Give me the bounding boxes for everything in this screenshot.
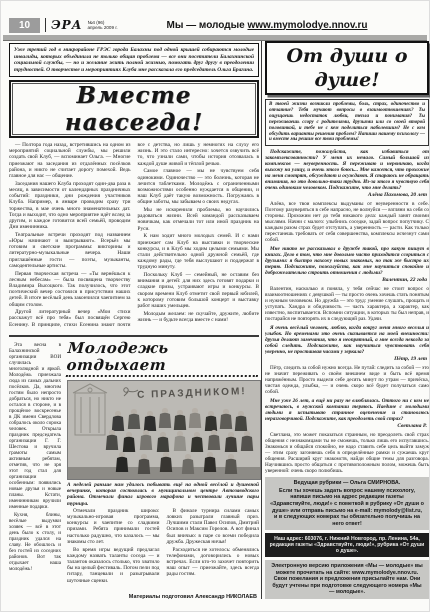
paragraph: К нам ходит много молодых семей. И с нам…: [138, 233, 260, 270]
column-soul-intro: В твоей жизни возникли проблемы, боль, с…: [265, 99, 429, 146]
column-soul: От души о душе! В твоей жизни возникли п…: [265, 41, 429, 599]
paragraph: Валентин, насколько я поняла, у тебя сей…: [265, 286, 429, 322]
paragraph: Самое главное — мы не чувствуем себя оди…: [138, 168, 260, 205]
article-leisure-main: Молодежь отдыхает: [67, 340, 259, 600]
masthead-logo: ЭРА: [51, 18, 82, 32]
supplement-title: Мы — молодые www.mymolodye.nnov.ru: [139, 20, 395, 31]
issue-info: №4 (96) апрель 2009 г.: [87, 20, 117, 30]
reader-letter: Подскажите, пожалуйста, как избавиться о…: [265, 149, 429, 198]
letter-signature: Пётр, 19 лет: [265, 356, 427, 362]
paragraph: Отмечали праздник широко: музыкально-игр…: [67, 508, 160, 545]
photo-people-middle-row: [106, 430, 253, 452]
site-url: www.mymolodye.nnov.ru: [247, 20, 367, 31]
editor-name: Ведущая рубрики — Ольга СМИРНОВА.: [270, 480, 424, 487]
article-leisure: Эта весна в Балахнинской организации ВОИ…: [9, 340, 259, 600]
paragraph: В финале турнира силами самых ловких раз…: [167, 508, 260, 545]
editor-box: Ведущая рубрики — Ольга СМИРНОВА. Если т…: [265, 477, 429, 530]
letters-and-replies: Подскажите, пожалуйста, как избавиться о…: [265, 149, 429, 474]
vertical-divider: [261, 41, 262, 599]
supplement-name: Мы — молодые: [167, 20, 245, 31]
address-line-2: редакция газеты «Здравствуйте, люди!», р…: [269, 542, 425, 554]
article-together-headline: Вместе навсегда!: [9, 80, 259, 138]
horizontal-divider: [9, 335, 259, 337]
article-leisure-lead: А неделей раньше нам удалось побывать ещ…: [67, 482, 259, 507]
reader-letter: Я очень весёлый человек, люблю, когда во…: [265, 325, 429, 362]
editor-instructions: Если ты хочешь задать вопрос нашему псих…: [270, 488, 424, 528]
paragraph: Во время игры ведущий предлагал каждому …: [67, 547, 160, 584]
photo-people-back-row: [112, 408, 247, 431]
reader-letter: Мне уже 26 лет, а ещё ни разу не влюблял…: [265, 398, 429, 429]
paragraph: Поскольку Клуб — семейный, не оставим бе…: [138, 272, 260, 309]
paragraph: Пётр, следить за собой нужно всегда. Не …: [265, 365, 429, 395]
address-box: Наш адрес: 603076, г. Нижний Новгород, п…: [265, 533, 429, 557]
paragraph: Кухня, блины, весёлые выдумки хозяек — в…: [9, 512, 61, 572]
reader-letter: Мне никто не рассказывал о дружбе такой,…: [265, 246, 429, 283]
psychologist-reply: Пётр, следить за собой нужно всегда. Не …: [265, 365, 429, 395]
paragraph: Мне уже 26 лет, а ещё ни разу не влюблял…: [265, 398, 429, 422]
paragraph: Мне никто не рассказывал о дружбе такой,…: [265, 246, 429, 276]
article-leisure-side-column: Эта весна в Балахнинской организации ВОИ…: [9, 342, 61, 598]
article-leisure-body: Отмечали праздник широко: музыкально-игр…: [67, 508, 259, 593]
paragraph: Молодым желаем: не скучайте, дружите, лю…: [138, 311, 260, 323]
letter-signature: Светлана Р.: [265, 423, 427, 429]
article-together-body: — Полтора года назад, встретившись на од…: [9, 142, 259, 335]
article-together: Уже третий год в микрорайоне ГРЭС города…: [9, 43, 259, 335]
psychologist-reply: Валентин, насколько я поняла, у тебя сей…: [265, 286, 429, 322]
paragraph: Алёна, все твои комплексы выдуманы от не…: [265, 201, 429, 243]
psychologist-reply: Алёна, все твои комплексы выдуманы от не…: [265, 201, 429, 243]
page-header: 10 ЭРА №4 (96) апрель 2009 г. Мы — молод…: [9, 16, 425, 34]
paragraph: Мы не искоренили проблемы, но научились …: [138, 207, 260, 232]
header-divider: [45, 18, 46, 32]
site-box: Электронную версию приложения «Мы — моло…: [265, 560, 429, 599]
psychologist-reply: Светлана, это может показаться странным,…: [265, 432, 429, 474]
paragraph: Светлана, это может показаться странным,…: [265, 432, 429, 474]
letter-signature: Валентин, 22 года: [265, 277, 427, 283]
paragraph: Подскажите, пожалуйста, как избавиться о…: [265, 149, 429, 191]
article-leisure-signature: Материалы подготовил Александр НИКОЛАЕВ: [67, 593, 259, 600]
paragraph: Первая творческая встреча — «Ты вернёшьс…: [9, 271, 131, 308]
newspaper-page: 10 ЭРА №4 (96) апрель 2009 г. Мы — молод…: [0, 0, 430, 612]
column-soul-headline: От души о душе!: [265, 41, 429, 95]
article-leisure-headline: Молодежь отдыхает: [66, 340, 261, 377]
article-together-intro: Уже третий год в микрорайоне ГРЭС города…: [9, 43, 259, 77]
paragraph: Заседания нашего Клуба проходят один-два…: [9, 181, 131, 231]
paragraph: Театральные встречи проходят под названи…: [9, 232, 131, 269]
issue-date: апрель 2009 г.: [87, 25, 117, 30]
page-number: 10: [9, 18, 40, 33]
paragraph: Эта весна в Балахнинской организации ВОИ…: [9, 342, 61, 510]
paragraph: — Полтора года назад, встретившись на од…: [9, 142, 131, 179]
group-photo: С ПРАЗДНИКОМ!: [67, 380, 261, 480]
paragraph: Расходиться не хотелось: обменялись теле…: [167, 547, 260, 578]
letter-signature: Алёна Пахомова, 20 лет: [265, 192, 427, 198]
paragraph: Я очень весёлый человек, люблю, когда во…: [265, 325, 429, 355]
